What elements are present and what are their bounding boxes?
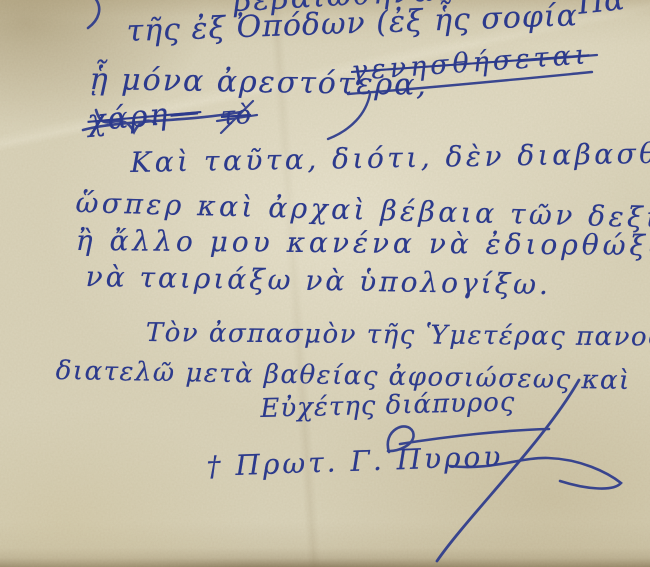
top-cut-pen-stroke [88,0,99,28]
signature-text: † Πρωτ. Γ. Πυρου [206,440,504,483]
handwritten-word-crossed-out: γενησθήσεται [350,39,590,87]
handwritten-word-crossed-out: τὸ [220,100,252,132]
handwritten-fragment-top-right: Πα [576,0,626,22]
handwritten-word-crossed-out: χάρη— [86,94,203,139]
handwritten-valediction: Εὐχέτης διάπυρος [260,387,516,424]
handwritten-line-closing: Τὸν ἀσπασμὸν τῆς Ὑμετέρας πανοσιότητι, [146,318,650,353]
handwritten-line: Καὶ ταῦτα, διότι, δὲν διαβασθοῦν [130,136,650,179]
handwritten-line: νὰ ταιριάξω νὰ ὑπολογίξω. [85,260,551,301]
handwritten-line-closing: διατελῶ μετὰ βαθείας ἀφοσιώσεως καὶ [55,356,631,396]
handwritten-line: ἢ ἄλλο μου κανένα νὰ ἐδιορθώξω ἢ [76,224,650,263]
scanned-letter-page: βεβαιωθῆναι καὶ Πα τῆς ἐξ Ὀπόδων (ἐξ ἧς … [0,0,650,567]
handwritten-line: τῆς ἐξ Ὀπόδων (ἐξ ἧς σοφία [126,0,578,49]
